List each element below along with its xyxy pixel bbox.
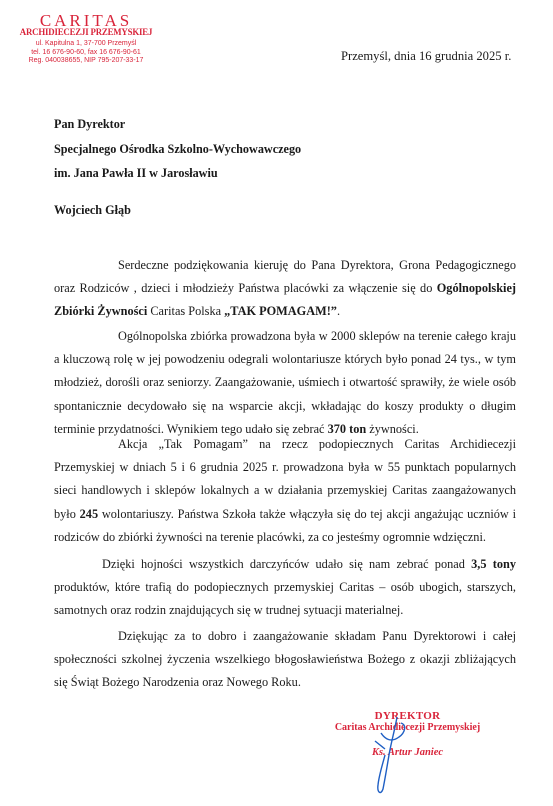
paragraph-3: Akcja „Tak Pomagam” na rzecz podopieczny…	[54, 433, 516, 549]
stamp-address: ul. Kapitulna 1, 37-700 Przemyśl	[22, 39, 151, 47]
p1-text-2: Caritas Polska	[147, 304, 224, 318]
p5-text: Dziękując za to dobro i zaangażowanie sk…	[54, 629, 516, 689]
handwritten-signature-icon	[355, 715, 425, 795]
paragraph-1: Serdeczne podziękowania kieruję do Pana …	[54, 254, 516, 324]
stamp-phone: tel. 16 676-90-60, fax 16 676-90-61	[22, 48, 151, 56]
p3-bold-count: 245	[80, 507, 98, 521]
recipient-line-2: Specjalnego Ośrodka Szkolno-Wychowawczeg…	[54, 142, 301, 157]
p4-text: Dzięki hojności wszystkich darczyńców ud…	[102, 557, 471, 571]
stamp-registry: Reg. 040038655, NIP 795-207-33-17	[22, 56, 151, 64]
date-line: Przemyśl, dnia 16 grudnia 2025 r.	[341, 49, 511, 64]
p1-text-3: .	[337, 304, 340, 318]
caritas-letterhead-stamp: CARITAS ARCHIDIECEZJI PRZEMYSKIEJ ul. Ka…	[16, 12, 156, 64]
p4-bold-amount: 3,5 tony	[471, 557, 516, 571]
stamp-name: CARITAS	[16, 12, 156, 29]
stamp-org: ARCHIDIECEZJI PRZEMYSKIEJ	[20, 29, 153, 38]
p3-text-2: wolontariuszy. Państwa Szkoła także włąc…	[54, 507, 516, 544]
recipient-name: Wojciech Głąb	[54, 203, 131, 218]
p1-bold-slogan: „TAK POMAGAM!”	[224, 304, 337, 318]
paragraph-5: Dziękując za to dobro i zaangażowanie sk…	[54, 625, 516, 695]
p4-text-2: produktów, które trafią do podopiecznych…	[54, 580, 516, 617]
paragraph-4: Dzięki hojności wszystkich darczyńców ud…	[54, 553, 516, 623]
recipient-line-3: im. Jana Pawła II w Jarosławiu	[54, 166, 218, 181]
recipient-line-1: Pan Dyrektor	[54, 117, 125, 132]
paragraph-2: Ogólnopolska zbiórka prowadzona była w 2…	[54, 325, 516, 441]
p2-text: Ogólnopolska zbiórka prowadzona była w 2…	[54, 329, 516, 436]
